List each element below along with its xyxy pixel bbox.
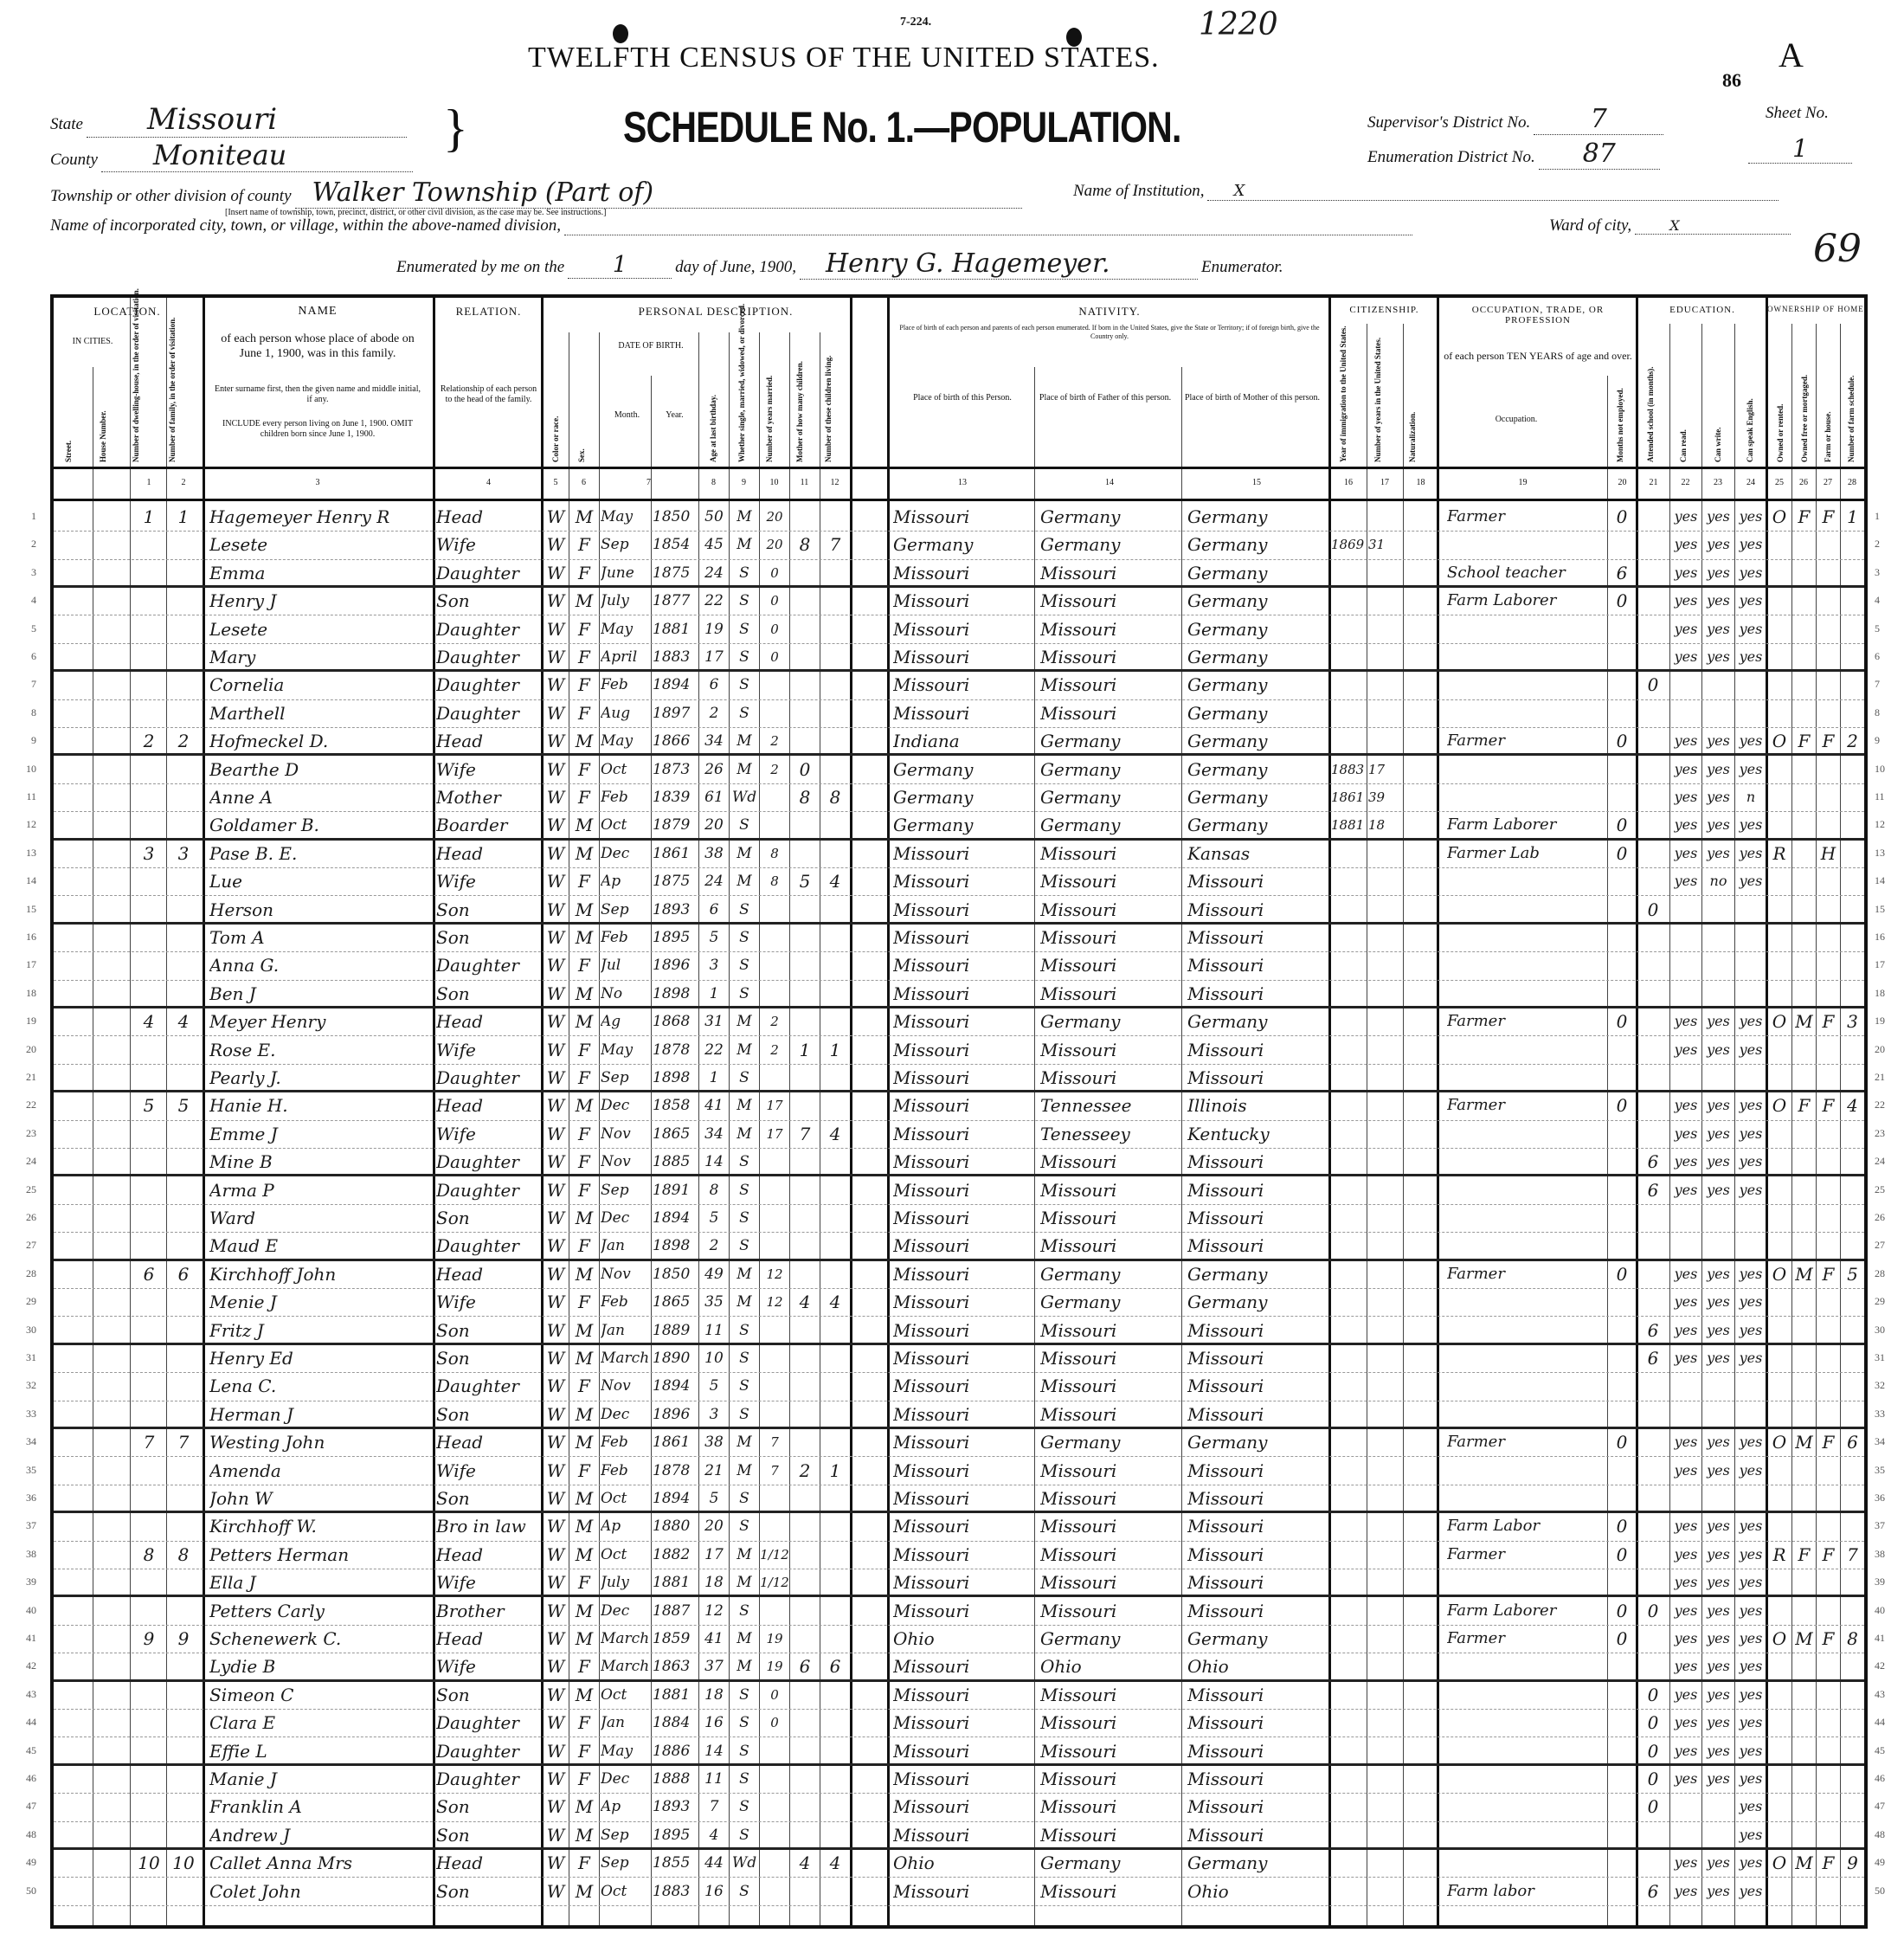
table-row: 35 Amenda Wife W F Feb 1878 21 M 7 2 1 M… <box>54 1455 1864 1485</box>
owned-rented: O <box>1767 1627 1791 1651</box>
birthplace-person: Missouri <box>893 1318 1032 1343</box>
row-number-left: 48 <box>10 1828 36 1841</box>
birthplace-mother: Germany <box>1187 673 1326 697</box>
column-number: 4 <box>434 478 543 487</box>
age: 24 <box>699 869 729 893</box>
sex: F <box>570 785 598 809</box>
township-label: Township or other division of county <box>50 187 292 205</box>
farm-house: H <box>1817 841 1840 866</box>
person-name: John W <box>209 1486 430 1511</box>
table-row: 25 Arma P Daughter W F Sep 1891 8 S Miss… <box>54 1175 1864 1205</box>
row-number-left: 50 <box>10 1885 36 1898</box>
column-number: 15 <box>1183 478 1330 487</box>
can-speak-english: yes <box>1735 757 1766 782</box>
owned-rented: O <box>1767 1430 1791 1454</box>
header-month: Month. <box>603 410 651 421</box>
years-married: 2 <box>760 1038 789 1062</box>
can-read: yes <box>1670 1654 1701 1678</box>
table-row: 12 Goldamer B. Boarder W M Oct 1879 20 S… <box>54 809 1864 840</box>
person-name: Hofmeckel D. <box>209 729 430 753</box>
relation: Mother <box>436 785 540 809</box>
age: 41 <box>699 1093 729 1118</box>
sex: M <box>570 1794 598 1819</box>
age: 7 <box>699 1794 729 1819</box>
relation: Head <box>436 841 540 866</box>
birth-year: 1850 <box>653 1262 698 1286</box>
header-house-number: House Number. <box>99 367 107 462</box>
color: W <box>544 1066 568 1090</box>
sex: F <box>570 953 598 977</box>
table-row: 5 Lesete Daughter W F May 1881 19 S 0 Mi… <box>54 614 1864 644</box>
birthplace-mother: Germany <box>1187 1262 1326 1286</box>
birth-month: May <box>601 1038 651 1062</box>
years-married: 12 <box>760 1290 789 1314</box>
relation: Head <box>436 505 540 529</box>
marital-status: S <box>730 1711 759 1735</box>
relation: Wife <box>436 1038 540 1062</box>
header-ownership: OWNERSHIP OF HOME. <box>1767 305 1867 313</box>
can-speak-english: yes <box>1735 1654 1766 1678</box>
row-number-right: 11 <box>1875 790 1901 803</box>
birth-month: May <box>601 729 651 753</box>
can-speak-english: yes <box>1735 1038 1766 1062</box>
sex: F <box>570 645 598 669</box>
person-name: Ward <box>209 1206 430 1230</box>
birthplace-father: Germany <box>1040 1430 1179 1454</box>
birthplace-father: Germany <box>1040 1851 1179 1875</box>
birth-month: Ap <box>601 1794 651 1819</box>
sex: F <box>570 1122 598 1146</box>
occupation: Farmer <box>1447 1627 1607 1651</box>
person-name: Petters Carly <box>209 1599 430 1623</box>
marital-status: S <box>730 1486 759 1511</box>
can-write: yes <box>1702 1683 1734 1707</box>
birthplace-person: Missouri <box>893 1374 1032 1398</box>
header-dwelling: Number of dwelling-house, in the order o… <box>132 324 140 462</box>
years-in-us: 18 <box>1368 813 1401 837</box>
months-unemployed: 0 <box>1609 1599 1635 1623</box>
age: 5 <box>699 1206 729 1230</box>
relation: Son <box>436 1823 540 1847</box>
table-row: 19 4 4 Meyer Henry Head W M Ag 1868 31 M… <box>54 1006 1864 1036</box>
sheet-label: Sheet No. <box>1766 104 1829 123</box>
sex: M <box>570 1206 598 1230</box>
birth-year: 1896 <box>653 1402 698 1427</box>
years-married: 12 <box>760 1262 789 1286</box>
occupation: Farmer <box>1447 1543 1607 1567</box>
age: 26 <box>699 757 729 782</box>
relation: Wife <box>436 1290 540 1314</box>
birth-year: 1887 <box>653 1599 698 1623</box>
can-read: yes <box>1670 841 1701 866</box>
column-number: 20 <box>1607 478 1637 487</box>
column-number: 19 <box>1438 478 1607 487</box>
birthplace-mother: Germany <box>1187 1430 1326 1454</box>
birth-year: 1878 <box>653 1459 698 1483</box>
can-write: yes <box>1702 729 1734 753</box>
color: W <box>544 1234 568 1258</box>
relation: Daughter <box>436 673 540 697</box>
stamp-number: 86 <box>1722 69 1741 92</box>
color: W <box>544 1514 568 1538</box>
birthplace-person: Germany <box>893 813 1032 837</box>
person-name: Henry Ed <box>209 1346 430 1370</box>
row-number-right: 26 <box>1875 1211 1901 1224</box>
table-row: 45 Effie L Daughter W F May 1886 14 S Mi… <box>54 1736 1864 1766</box>
institution-label: Name of Institution, <box>1073 182 1204 200</box>
birthplace-mother: Kentucky <box>1187 1122 1326 1146</box>
relation: Son <box>436 1206 540 1230</box>
birthplace-father: Missouri <box>1040 1318 1179 1343</box>
person-name: Clara E <box>209 1711 430 1735</box>
header-year: Year. <box>651 410 698 421</box>
color: W <box>544 1009 568 1034</box>
occupation: Farmer <box>1447 505 1607 529</box>
birth-year: 1881 <box>653 617 698 641</box>
age: 6 <box>699 673 729 697</box>
birth-year: 1854 <box>653 532 698 557</box>
birth-month: Jan <box>601 1711 651 1735</box>
relation: Daughter <box>436 1711 540 1735</box>
column-number: 24 <box>1734 478 1767 487</box>
can-write: yes <box>1702 1178 1734 1202</box>
person-name: Emme J <box>209 1122 430 1146</box>
person-name: Menie J <box>209 1290 430 1314</box>
birthplace-father: Missouri <box>1040 1767 1179 1791</box>
can-read: yes <box>1670 1711 1701 1735</box>
months-unemployed: 6 <box>1609 561 1635 585</box>
marital-status: S <box>730 701 759 725</box>
birth-month: Ap <box>601 869 651 893</box>
relation: Daughter <box>436 1150 540 1174</box>
enumerator-name: Henry G. Hagemeyer. <box>800 248 1198 280</box>
table-row: 49 10 10 Callet Anna Mrs Head W F Sep 18… <box>54 1847 1864 1878</box>
column-number: 3 <box>205 478 430 487</box>
birthplace-person: Missouri <box>893 1570 1032 1595</box>
can-write: yes <box>1702 1851 1734 1875</box>
birthplace-person: Missouri <box>893 869 1032 893</box>
sex: F <box>570 869 598 893</box>
birth-year: 1859 <box>653 1627 698 1651</box>
can-speak-english: yes <box>1735 1767 1766 1791</box>
birth-month: July <box>601 589 651 613</box>
can-read: yes <box>1670 785 1701 809</box>
marital-status: Wd <box>730 1851 759 1875</box>
row-number-right: 20 <box>1875 1043 1901 1056</box>
color: W <box>544 701 568 725</box>
birth-month: Jul <box>601 953 651 977</box>
family-number: 3 <box>168 841 199 866</box>
row-number-left: 30 <box>10 1324 36 1337</box>
occupation: Farmer <box>1447 1009 1607 1034</box>
mother-of-children: 1 <box>790 1038 820 1062</box>
mother-of-children: 6 <box>790 1654 820 1678</box>
age: 44 <box>699 1851 729 1875</box>
table-row: 42 Lydie B Wife W F March 1863 37 M 19 6… <box>54 1651 1864 1681</box>
person-name: Lesete <box>209 532 430 557</box>
person-name: Schenewerk C. <box>209 1627 430 1651</box>
state-field: State Missouri <box>50 102 448 138</box>
relation: Daughter <box>436 1234 540 1258</box>
marital-status: Wd <box>730 785 759 809</box>
can-write: yes <box>1702 505 1734 529</box>
can-read: yes <box>1670 1459 1701 1483</box>
row-number-left: 1 <box>10 510 36 523</box>
birthplace-father: Germany <box>1040 1262 1179 1286</box>
birthplace-person: Germany <box>893 785 1032 809</box>
row-number-right: 14 <box>1875 874 1901 887</box>
header-relation-desc: Relationship of each person to the head … <box>439 384 538 405</box>
birthplace-father: Missouri <box>1040 1374 1179 1398</box>
person-name: Hagemeyer Henry R <box>209 505 430 529</box>
row-number-right: 18 <box>1875 987 1901 1000</box>
city-label: Name of incorporated city, town, or vill… <box>50 216 561 235</box>
row-number-right: 44 <box>1875 1716 1901 1729</box>
birthplace-father: Missouri <box>1040 1711 1179 1735</box>
enumerated-line: Enumerated by me on the 1 day of June, 1… <box>396 248 1539 280</box>
row-number-right: 7 <box>1875 678 1901 691</box>
birthplace-person: Missouri <box>893 1514 1032 1538</box>
birthplace-person: Missouri <box>893 1683 1032 1707</box>
row-number-left: 31 <box>10 1351 36 1364</box>
column-number: 8 <box>698 478 729 487</box>
dwelling-number: 2 <box>133 729 164 753</box>
can-write: no <box>1702 869 1734 893</box>
marital-status: S <box>730 1234 759 1258</box>
age: 22 <box>699 1038 729 1062</box>
dwelling-number: 4 <box>133 1009 164 1034</box>
birth-month: No <box>601 982 651 1006</box>
person-name: Mary <box>209 645 430 669</box>
row-number-right: 46 <box>1875 1772 1901 1785</box>
header-pob-father: Place of birth of Father of this person. <box>1036 393 1174 403</box>
farm-house: F <box>1817 729 1840 753</box>
column-number: 9 <box>729 478 759 487</box>
sheet-value: 1 <box>1748 134 1852 164</box>
city-field: Name of incorporated city, town, or vill… <box>50 216 1565 235</box>
ward-field: Ward of city, X <box>1549 216 1835 235</box>
birth-year: 1839 <box>653 785 698 809</box>
sex: M <box>570 1683 598 1707</box>
mother-of-children: 8 <box>790 532 820 557</box>
birthplace-mother: Missouri <box>1187 1206 1326 1230</box>
relation: Son <box>436 589 540 613</box>
birthplace-mother: Missouri <box>1187 953 1326 977</box>
birthplace-person: Missouri <box>893 673 1032 697</box>
years-married: 8 <box>760 841 789 866</box>
birthplace-person: Missouri <box>893 589 1032 613</box>
birth-year: 1881 <box>653 1570 698 1595</box>
farm-schedule-number: 4 <box>1841 1093 1864 1118</box>
table-row: 38 8 8 Petters Herman Head W M Oct 1882 … <box>54 1539 1864 1569</box>
column-number: 23 <box>1701 478 1734 487</box>
can-speak-english: yes <box>1735 1514 1766 1538</box>
birth-month: Feb <box>601 1430 651 1454</box>
family-number: 9 <box>168 1627 199 1651</box>
population-table: LOCATION. NAME of each person whose plac… <box>50 294 1868 1929</box>
farm-house: F <box>1817 1543 1840 1567</box>
county-field: County Moniteau <box>50 139 448 172</box>
marital-status: S <box>730 1374 759 1398</box>
birthplace-mother: Missouri <box>1187 869 1326 893</box>
birthplace-mother: Missouri <box>1187 1823 1326 1847</box>
color: W <box>544 1122 568 1146</box>
table-row: 16 Tom A Son W M Feb 1895 5 S Missouri M… <box>54 922 1864 952</box>
color: W <box>544 1459 568 1483</box>
years-married: 0 <box>760 645 789 669</box>
person-name: Goldamer B. <box>209 813 430 837</box>
birthplace-mother: Germany <box>1187 729 1326 753</box>
mother-of-children: 0 <box>790 757 820 782</box>
farm-house: F <box>1817 1262 1840 1286</box>
sex: F <box>570 1767 598 1791</box>
birth-month: Nov <box>601 1150 651 1174</box>
mother-of-children: 7 <box>790 1122 820 1146</box>
can-speak-english: yes <box>1735 1739 1766 1763</box>
birthplace-mother: Missouri <box>1187 1683 1326 1707</box>
age: 38 <box>699 841 729 866</box>
supervisor-field: Supervisor's District No. 7 <box>1367 104 1722 135</box>
free-mortgaged: F <box>1792 1093 1816 1118</box>
age: 17 <box>699 645 729 669</box>
sex: F <box>570 1038 598 1062</box>
birthplace-person: Missouri <box>893 1654 1032 1678</box>
table-row: 6 Mary Daughter W F April 1883 17 S 0 Mi… <box>54 641 1864 672</box>
enumerated-prefix: Enumerated by me on the <box>396 258 564 276</box>
table-row: 20 Rose E. Wife W F May 1878 22 M 2 1 1 … <box>54 1034 1864 1065</box>
header-name-instr1: Enter surname first, then the given name… <box>214 384 421 405</box>
row-number-right: 36 <box>1875 1492 1901 1505</box>
months-unemployed: 0 <box>1609 1514 1635 1538</box>
relation: Head <box>436 1093 540 1118</box>
header-years-in-us: Number of years in the United States. <box>1373 332 1382 462</box>
person-name: Herman J <box>209 1402 430 1427</box>
marital-status: S <box>730 982 759 1006</box>
person-name: Mine B <box>209 1150 430 1174</box>
birthplace-father: Missouri <box>1040 841 1179 866</box>
can-write: yes <box>1702 1543 1734 1567</box>
birth-year: 1898 <box>653 1234 698 1258</box>
birth-month: Feb <box>601 785 651 809</box>
free-mortgaged: M <box>1792 1009 1816 1034</box>
table-row: 8 Marthell Daughter W F Aug 1897 2 S Mis… <box>54 698 1864 728</box>
farm-schedule-number: 6 <box>1841 1430 1864 1454</box>
relation: Daughter <box>436 1767 540 1791</box>
column-number: 21 <box>1637 478 1669 487</box>
owned-rented: O <box>1767 1009 1791 1034</box>
sex: M <box>570 1599 598 1623</box>
marital-status: S <box>730 1739 759 1763</box>
birthplace-father: Missouri <box>1040 1206 1179 1230</box>
birth-month: Nov <box>601 1262 651 1286</box>
relation: Son <box>436 1794 540 1819</box>
row-number-left: 3 <box>10 566 36 579</box>
months-unemployed: 0 <box>1609 813 1635 837</box>
relation: Brother <box>436 1599 540 1623</box>
row-number-left: 35 <box>10 1464 36 1477</box>
family-number: 10 <box>168 1851 199 1875</box>
birth-year: 1883 <box>653 645 698 669</box>
birth-year: 1897 <box>653 701 698 725</box>
marital-status: S <box>730 1794 759 1819</box>
row-number-right: 24 <box>1875 1155 1901 1168</box>
birthplace-father: Missouri <box>1040 1486 1179 1511</box>
color: W <box>544 1150 568 1174</box>
marital-status: M <box>730 757 759 782</box>
children-living: 4 <box>820 869 850 893</box>
birthplace-person: Missouri <box>893 1262 1032 1286</box>
years-in-us: 17 <box>1368 757 1401 782</box>
can-speak-english: yes <box>1735 869 1766 893</box>
row-number-left: 18 <box>10 987 36 1000</box>
birth-year: 1865 <box>653 1290 698 1314</box>
can-read: yes <box>1670 1346 1701 1370</box>
person-name: Lydie B <box>209 1654 430 1678</box>
birthplace-father: Missouri <box>1040 1066 1179 1090</box>
can-read: yes <box>1670 589 1701 613</box>
birthplace-mother: Germany <box>1187 1290 1326 1314</box>
birthplace-mother: Missouri <box>1187 1570 1326 1595</box>
age: 2 <box>699 1234 729 1258</box>
birth-year: 1861 <box>653 841 698 866</box>
birthplace-father: Missouri <box>1040 953 1179 977</box>
owned-rented: O <box>1767 729 1791 753</box>
color: W <box>544 1262 568 1286</box>
birthplace-mother: Kansas <box>1187 841 1326 866</box>
birthplace-person: Missouri <box>893 1066 1032 1090</box>
header-name: NAME <box>205 305 430 319</box>
birth-year: 1875 <box>653 869 698 893</box>
marital-status: S <box>730 673 759 697</box>
header-marital: Whether single, married, widowed, or div… <box>737 324 746 462</box>
color: W <box>544 1290 568 1314</box>
birth-year: 1888 <box>653 1767 698 1791</box>
relation: Daughter <box>436 561 540 585</box>
birthplace-father: Missouri <box>1040 1823 1179 1847</box>
owned-rented: O <box>1767 1851 1791 1875</box>
color: W <box>544 1374 568 1398</box>
sex: M <box>570 841 598 866</box>
birth-year: 1882 <box>653 1543 698 1567</box>
color: W <box>544 757 568 782</box>
row-number-left: 2 <box>10 538 36 551</box>
birthplace-mother: Missouri <box>1187 1794 1326 1819</box>
attended-school: 0 <box>1637 1683 1669 1707</box>
person-name: Meyer Henry <box>209 1009 430 1034</box>
color: W <box>544 953 568 977</box>
row-number-right: 6 <box>1875 650 1901 663</box>
header-naturalization: Naturalization. <box>1408 332 1417 462</box>
birthplace-mother: Missouri <box>1187 1599 1326 1623</box>
row-number-right: 5 <box>1875 622 1901 635</box>
can-speak-english: yes <box>1735 1794 1766 1819</box>
can-write: yes <box>1702 561 1734 585</box>
can-read: yes <box>1670 1514 1701 1538</box>
birthplace-mother: Missouri <box>1187 1038 1326 1062</box>
color: W <box>544 925 568 950</box>
birth-year: 1861 <box>653 1430 698 1454</box>
person-name: Herson <box>209 898 430 922</box>
birthplace-father: Ohio <box>1040 1654 1179 1678</box>
row-number-right: 50 <box>1875 1885 1901 1898</box>
person-name: Kirchhoff John <box>209 1262 430 1286</box>
attended-school: 0 <box>1637 673 1669 697</box>
birthplace-father: Missouri <box>1040 925 1179 950</box>
row-number-right: 41 <box>1875 1632 1901 1645</box>
row-number-left: 23 <box>10 1127 36 1140</box>
age: 38 <box>699 1430 729 1454</box>
can-read: yes <box>1670 813 1701 837</box>
